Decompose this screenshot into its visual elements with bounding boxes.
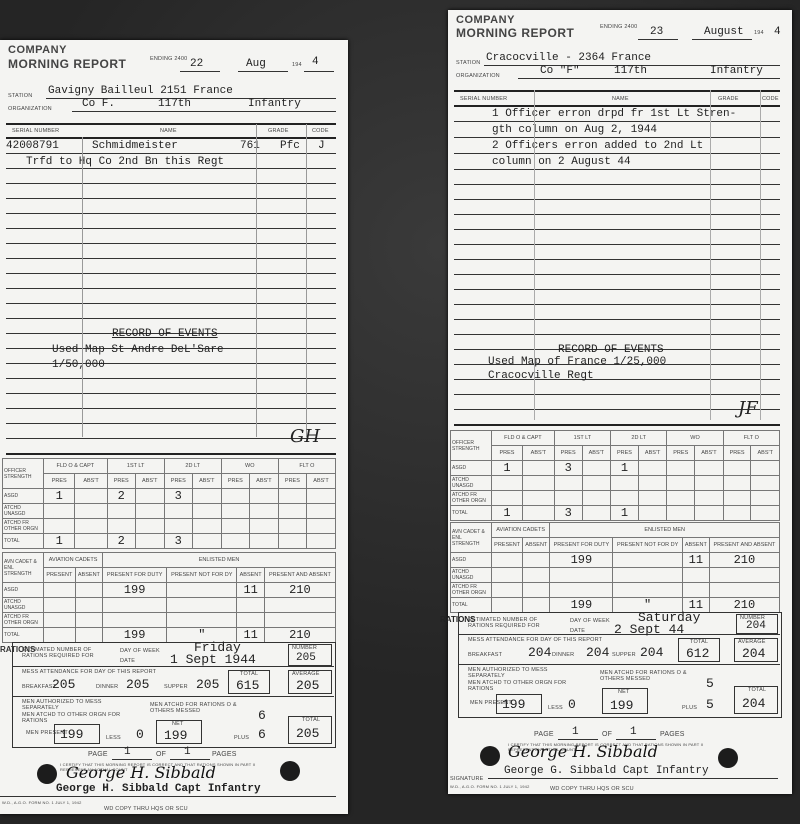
report-year: 4: [774, 26, 781, 38]
form-title: COMPANY: [456, 14, 515, 26]
page-total: 1: [630, 726, 637, 738]
table-row: ATCHD UNASGD: [451, 476, 780, 491]
organization-label: ORGANIZATION: [8, 106, 52, 112]
table-row: ASGD 1 3 1: [451, 461, 780, 476]
morning-report-right: COMPANY MORNING REPORT ENDING 2400 23 Au…: [448, 10, 792, 794]
rations-date: 1 Sept 1944: [170, 652, 256, 667]
station-label: STATION: [8, 93, 32, 99]
officer-strength-table: OFFICER STRENGTH FLD O & CAPT1ST LT 2D L…: [450, 430, 780, 521]
entry-remark: Trfd to Hq Co 2nd Bn this Regt: [26, 156, 224, 168]
punch-hole: [37, 764, 57, 784]
year-prefix: 194: [292, 62, 302, 68]
report-day: 22: [190, 58, 203, 70]
mess-total: 612: [686, 646, 709, 661]
event-line-1: Used Map St Andre DeL'Sare: [52, 344, 224, 356]
event-line-2: 1/50,000: [52, 359, 105, 371]
page-total: 1: [184, 746, 191, 758]
report-year: 4: [312, 56, 319, 68]
mess-average: 205: [296, 678, 319, 693]
entry-line-4: column on 2 August 44: [492, 156, 631, 168]
supper-count: 204: [640, 645, 663, 660]
rations-number: 204: [746, 620, 766, 632]
table-row: ATCHD UNASGD: [3, 598, 336, 613]
table-row: ATCHD UNASGD: [451, 568, 780, 583]
org-regiment: 117th: [614, 65, 647, 77]
others-messed: 5: [706, 676, 714, 691]
org-company: Co F.: [82, 98, 115, 110]
entry-line-2: gth column on Aug 2, 1944: [492, 124, 657, 136]
table-row: ASGD 199 11 210: [451, 553, 780, 568]
station-value: Cracocville - 2364 France: [486, 52, 651, 64]
less-count: 0: [136, 727, 144, 742]
signer-name: George H. Sibbald Capt Infantry: [56, 783, 261, 795]
enlisted-strength-table: AVN CADET & ENL STRENGTH AVIATION CADETS…: [450, 522, 780, 613]
men-present: 199: [502, 697, 525, 712]
event-line-2: Cracocville Regt: [488, 370, 594, 382]
rations-side-label: RATIONS: [440, 614, 450, 626]
org-regiment: 117th: [158, 98, 191, 110]
net-count: 199: [610, 698, 633, 713]
col-grade: GRADE: [268, 128, 289, 134]
plus-count: 6: [258, 727, 266, 742]
punch-hole: [718, 748, 738, 768]
entry-line-3: 2 Officers erron added to 2nd Lt: [492, 140, 703, 152]
net-count: 199: [164, 728, 187, 743]
table-row: ASGD 199 11 210: [3, 583, 336, 598]
ending-label: ENDING 2400: [150, 56, 187, 62]
enlisted-strength-table: AVN CADET & ENL STRENGTH AVIATION CADETS…: [2, 552, 336, 643]
table-row: ATCHD FR OTHER ORGN: [451, 583, 780, 598]
morning-report-left: COMPANY MORNING REPORT ENDING 2400 22 Au…: [0, 40, 348, 814]
entry-grade: Pfc: [280, 140, 300, 152]
report-day: 23: [650, 26, 663, 38]
table-row: TOTAL 1 3 1: [451, 506, 780, 521]
col-name: NAME: [160, 128, 177, 134]
event-line-1: Used Map of France 1/25,000: [488, 356, 666, 368]
org-arm: Infantry: [710, 65, 763, 77]
report-month: Aug: [246, 58, 266, 70]
rations-date: 2 Sept 44: [614, 622, 684, 637]
org-company: Co "F": [540, 65, 580, 77]
officer-strength-table: OFFICER STRENGTH FLD O & CAPT1ST LT 2D L…: [2, 458, 336, 549]
report-month: August: [704, 26, 744, 38]
rations-side-label: RATIONS: [0, 644, 10, 656]
entry-line-1: 1 Officer erron drpd fr 1st Lt Stren-: [492, 108, 736, 120]
table-row: ATCHD FR OTHER ORGN: [3, 519, 336, 534]
table-row: ATCHD FR OTHER ORGN: [3, 613, 336, 628]
punch-hole: [480, 746, 500, 766]
initials-mark: GH: [290, 426, 320, 447]
record-of-events-title: RECORD OF EVENTS: [558, 344, 664, 356]
form-title: COMPANY: [8, 44, 67, 56]
entry-code: J: [318, 140, 325, 152]
breakfast-count: 204: [528, 645, 551, 660]
table-row: TOTAL 199 " 11 210: [3, 628, 336, 643]
page-number: 1: [124, 746, 131, 758]
supper-count: 205: [196, 677, 219, 692]
col-serial: SERIAL NUMBER: [12, 128, 59, 134]
table-row: TOTAL 199 " 11 210: [451, 598, 780, 613]
signer-name: George G. Sibbald Capt Infantry: [504, 765, 709, 777]
page-number: 1: [572, 726, 579, 738]
dinner-count: 204: [586, 645, 609, 660]
entry-serial: 42008791: [6, 140, 59, 152]
men-present: 199: [60, 727, 83, 742]
col-code: CODE: [312, 128, 329, 134]
less-count: 0: [568, 697, 576, 712]
form-subtitle: MORNING REPORT: [8, 57, 126, 71]
table-row: TOTAL 1 2 3: [3, 534, 336, 549]
table-row: ATCHD FR OTHER ORGN: [451, 491, 780, 506]
dinner-count: 205: [126, 677, 149, 692]
mess-total: 615: [236, 678, 259, 693]
rations-total: 205: [296, 726, 319, 741]
others-messed: 6: [258, 708, 266, 723]
table-row: ASGD 1 2 3: [3, 489, 336, 504]
handwritten-signature: George H. Sibbald: [508, 742, 658, 761]
punch-hole: [280, 761, 300, 781]
plus-count: 5: [706, 697, 714, 712]
table-row: ATCHD UNASGD: [3, 504, 336, 519]
breakfast-count: 205: [52, 677, 75, 692]
initials-mark: JF: [738, 398, 758, 419]
org-arm: Infantry: [248, 98, 301, 110]
entry-name: Schmidmeister: [92, 140, 178, 152]
handwritten-signature: George H. Sibbald: [66, 763, 216, 782]
form-subtitle: MORNING REPORT: [456, 26, 574, 40]
rations-number: 205: [296, 652, 316, 664]
station-value: Gavigny Bailleul 2151 France: [48, 85, 233, 97]
record-of-events-title: RECORD OF EVENTS: [112, 328, 218, 340]
mess-average: 204: [742, 646, 765, 661]
rations-total: 204: [742, 696, 765, 711]
